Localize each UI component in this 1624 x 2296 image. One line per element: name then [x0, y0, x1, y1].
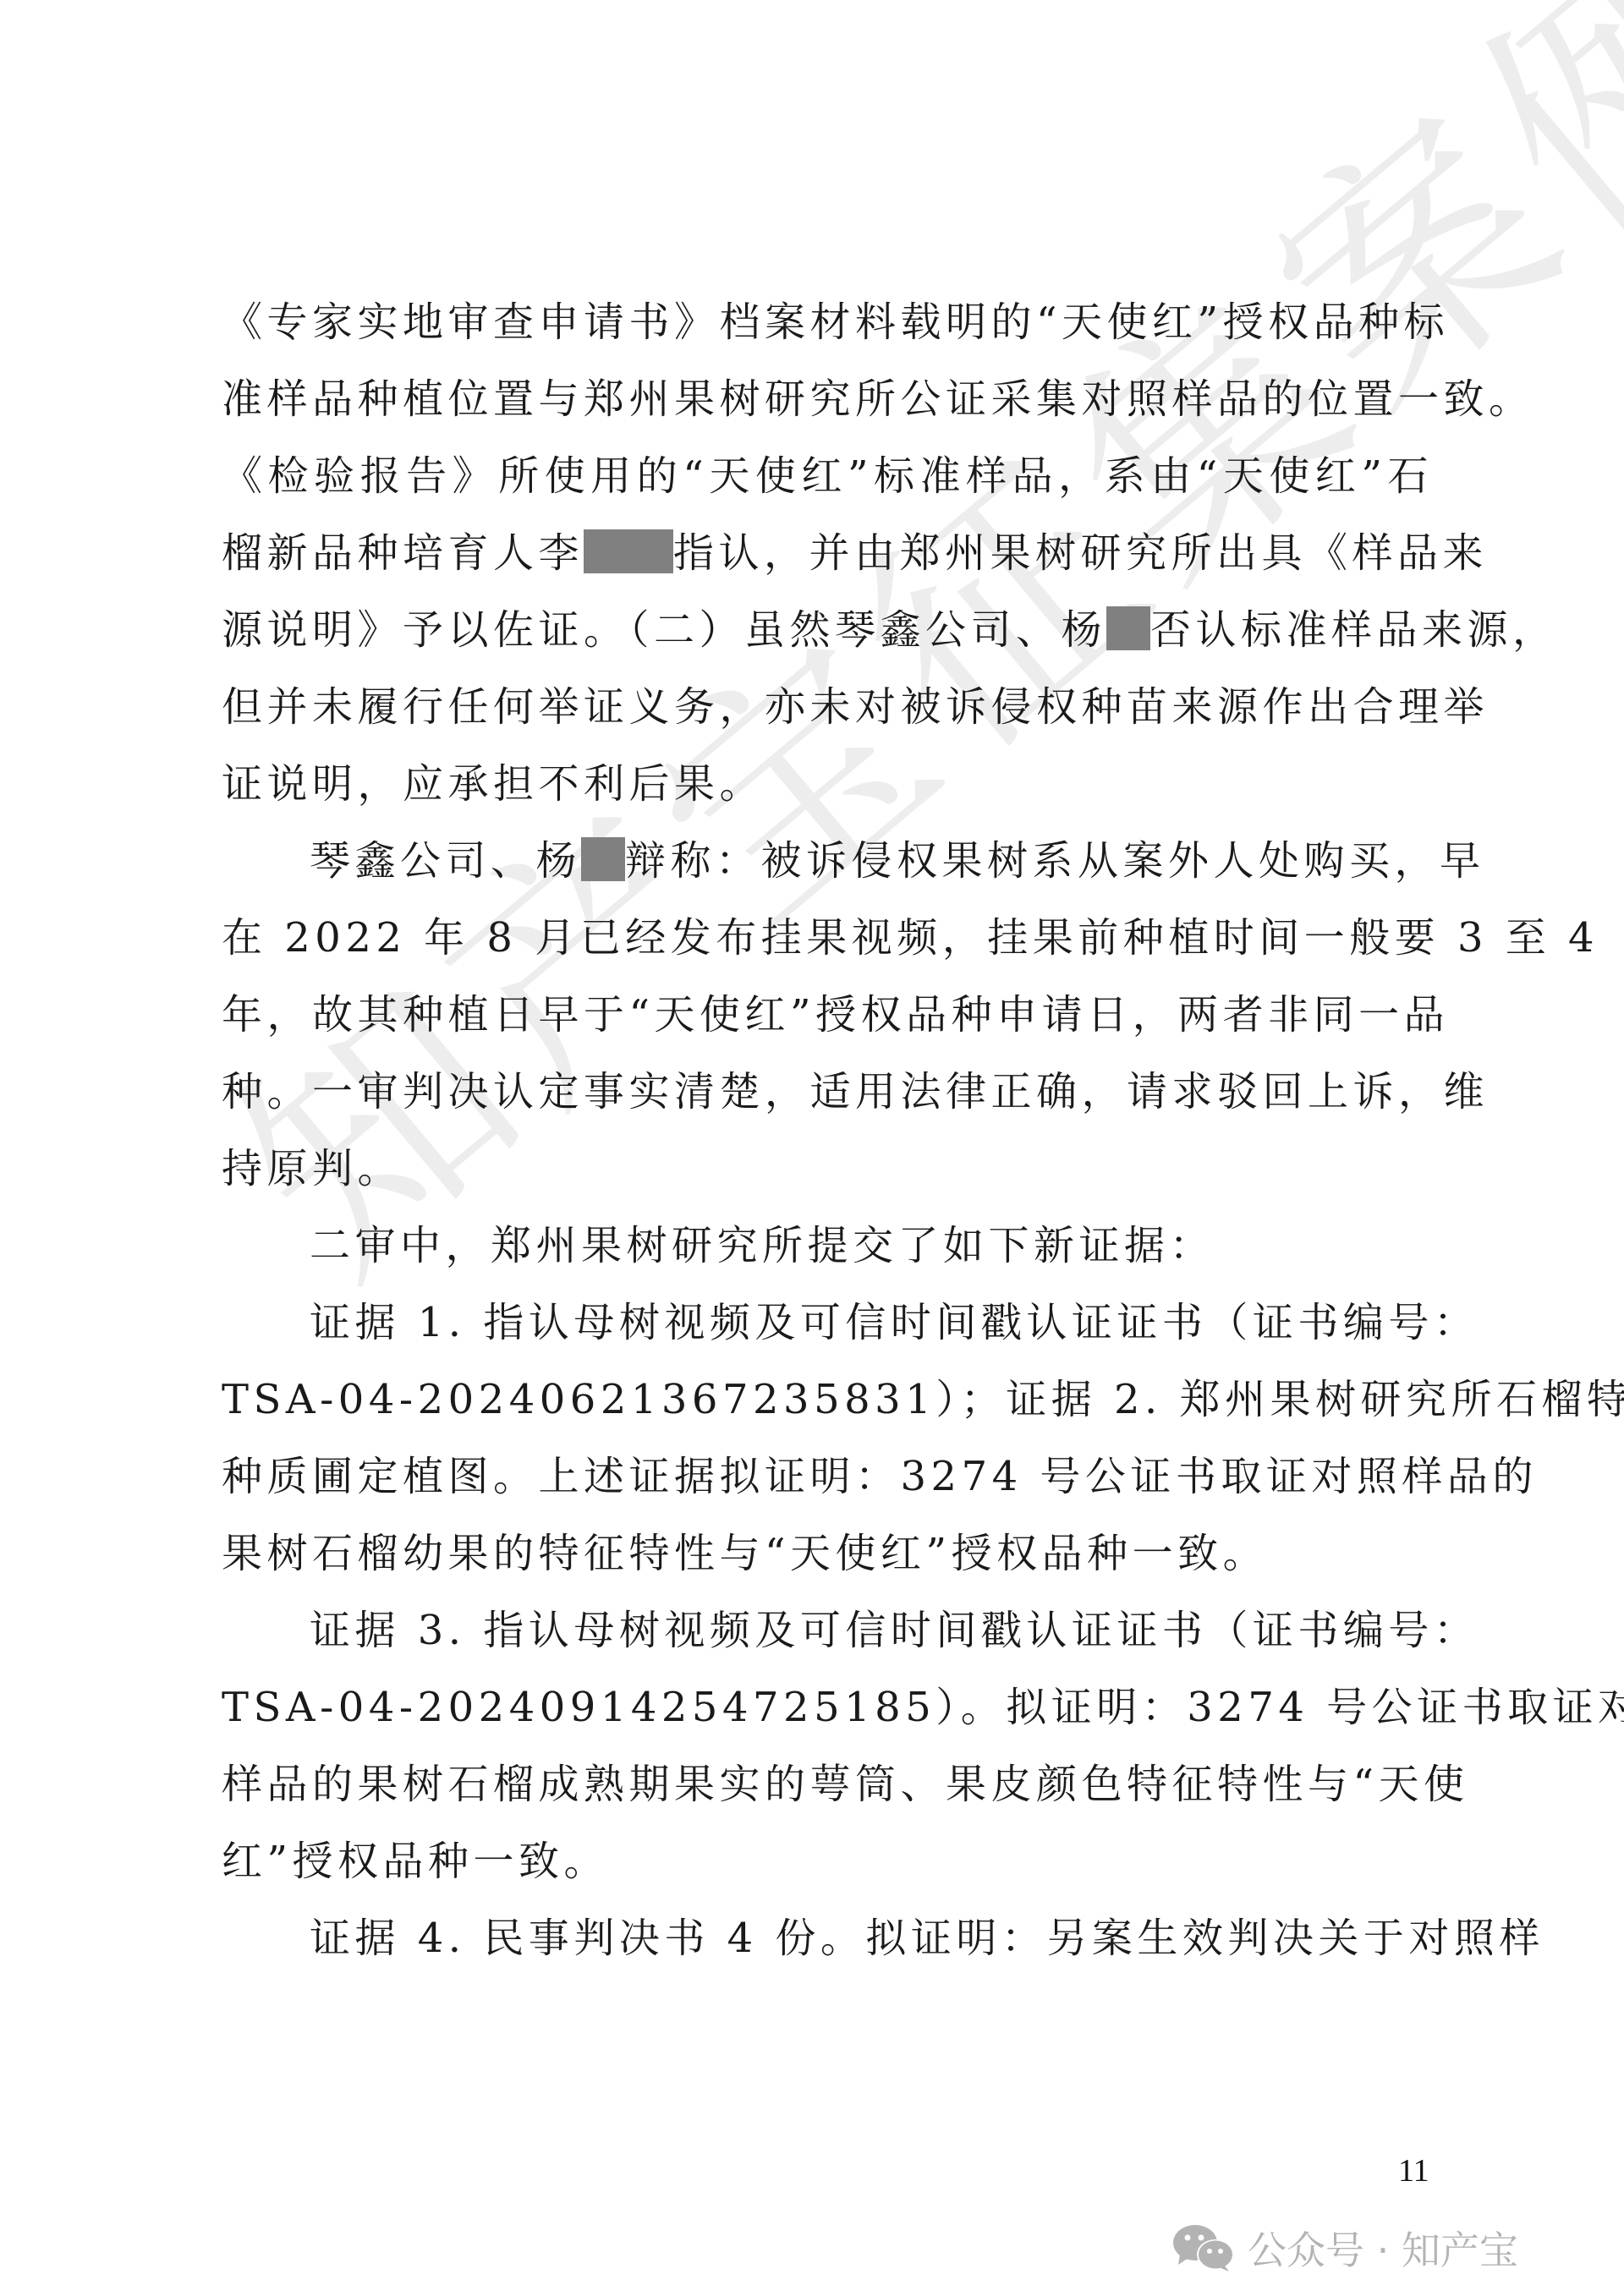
text-line: 果树石榴幼果的特征特性与“天使红”授权品种一致。	[222, 1515, 1433, 1592]
paragraph-start: 琴鑫公司、杨辩称：被诉侵权果树系从案外人处购买，早	[222, 823, 1433, 900]
paragraph-start: 二审中，郑州果树研究所提交了如下新证据：	[222, 1208, 1433, 1285]
redacted-name	[1106, 606, 1150, 650]
text-line: 种质圃定植图。上述证据拟证明：3274 号公证书取证对照样品的	[222, 1438, 1433, 1515]
document-body: 《专家实地审查申请书》档案材料载明的“天使红”授权品种标 准样品种植位置与郑州果…	[222, 284, 1433, 1977]
wechat-account-label: 公众号 · 知产宝	[1248, 2220, 1518, 2276]
text-segment: 否认标准样品来源，	[1150, 606, 1558, 654]
wechat-account-watermark: 公众号 · 知产宝	[1171, 2220, 1518, 2276]
redacted-name	[581, 837, 625, 881]
text-line: 《专家实地审查申请书》档案材料载明的“天使红”授权品种标	[222, 284, 1433, 361]
text-segment: 指认，并由郑州果树研究所出具《样品来	[673, 529, 1488, 577]
text-line: 种。一审判决认定事实清楚，适用法律正确，请求驳回上诉，维	[222, 1054, 1433, 1131]
text-segment: 琴鑫公司、杨	[310, 837, 581, 885]
paragraph-start: 证据 1. 指认母树视频及可信时间戳认证证书（证书编号：	[222, 1285, 1433, 1362]
text-line: TSA-04-20240621367235831）；证据 2. 郑州果树研究所石…	[222, 1362, 1433, 1438]
text-line: 在 2022 年 8 月已经发布挂果视频，挂果前种植时间一般要 3 至 4	[222, 900, 1433, 977]
page-number: 11	[1398, 2152, 1429, 2189]
paragraph-start: 证据 4. 民事判决书 4 份。拟证明：另案生效判决关于对照样	[222, 1900, 1433, 1977]
text-line: 榴新品种培育人李指认，并由郑州果树研究所出具《样品来	[222, 515, 1433, 592]
document-page: 知产宝征集案例 《专家实地审查申请书》档案材料载明的“天使红”授权品种标 准样品…	[0, 0, 1624, 2296]
text-line: 源说明》予以佐证。（二）虽然琴鑫公司、杨否认标准样品来源，	[222, 592, 1433, 669]
text-line: 年，故其种植日早于“天使红”授权品种申请日，两者非同一品	[222, 977, 1433, 1054]
text-line: 《检验报告》所使用的“天使红”标准样品，系由“天使红”石	[222, 438, 1433, 515]
text-line: TSA-04-20240914254725185）。拟证明：3274 号公证书取…	[222, 1669, 1433, 1746]
text-line: 准样品种植位置与郑州果树研究所公证采集对照样品的位置一致。	[222, 361, 1433, 438]
text-line: 红”授权品种一致。	[222, 1823, 1433, 1900]
wechat-icon	[1171, 2222, 1236, 2273]
text-segment: 源说明》予以佐证。（二）虽然琴鑫公司、杨	[222, 606, 1106, 654]
redacted-name	[584, 529, 673, 573]
text-segment: 辩称：被诉侵权果树系从案外人处购买，早	[625, 837, 1485, 885]
text-line: 样品的果树石榴成熟期果实的萼筒、果皮颜色特征特性与“天使	[222, 1746, 1433, 1823]
paragraph-start: 证据 3. 指认母树视频及可信时间戳认证证书（证书编号：	[222, 1592, 1433, 1669]
text-line: 但并未履行任何举证义务，亦未对被诉侵权种苗来源作出合理举	[222, 669, 1433, 746]
text-line: 持原判。	[222, 1131, 1433, 1208]
text-segment: 榴新品种培育人李	[222, 529, 584, 577]
text-line: 证说明，应承担不利后果。	[222, 746, 1433, 823]
